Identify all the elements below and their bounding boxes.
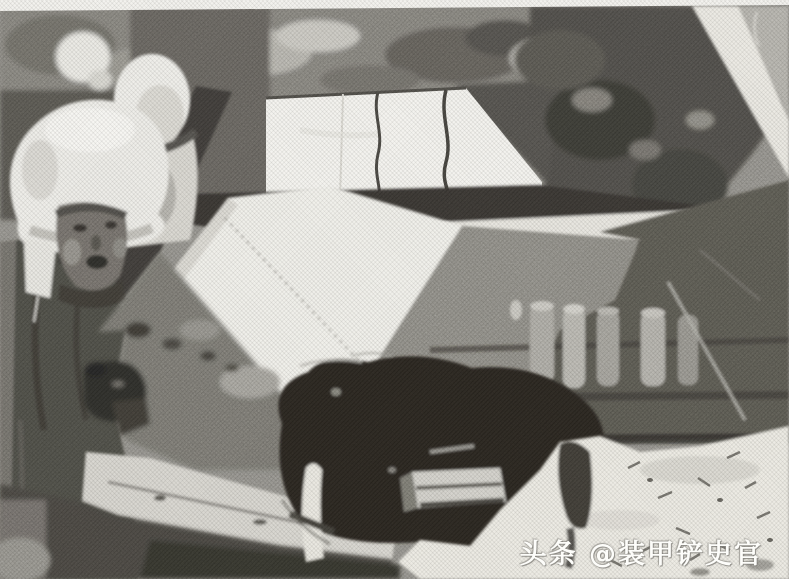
watermark: 头条 @装甲铲史官 <box>520 532 763 571</box>
photo-canvas <box>0 0 789 579</box>
film-grain-overlay <box>0 0 789 579</box>
scanned-photograph: 头条 @装甲铲史官 <box>0 0 789 579</box>
